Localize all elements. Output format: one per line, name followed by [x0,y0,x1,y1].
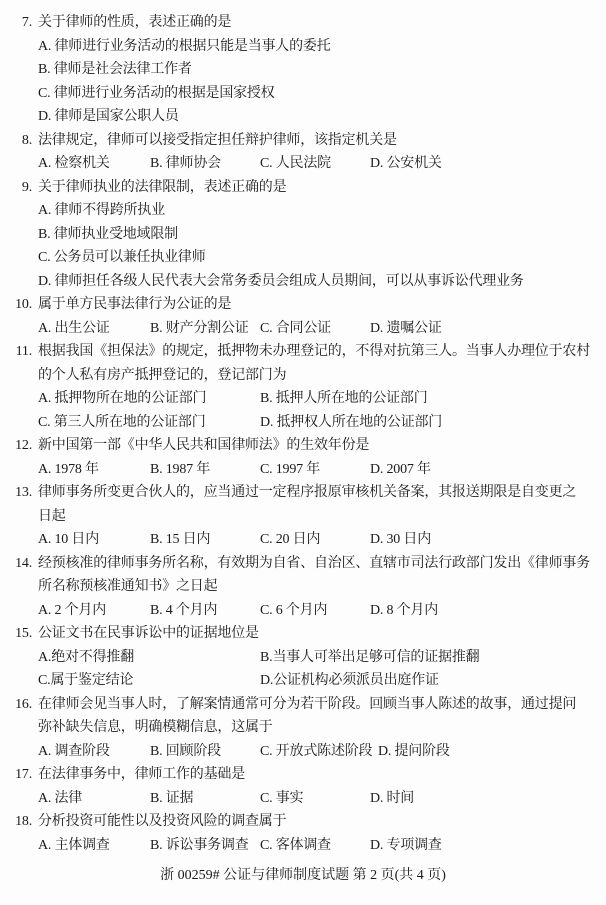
option: C. 第三人所在地的公证部门 [38,411,260,435]
option: B. 证据 [150,787,260,811]
option: C. 1997 年 [260,458,370,482]
option: C.属于鉴定结论 [38,669,260,693]
option: B.当事人可举出足够可信的证据推翻 [260,646,606,670]
option-row: A. 抵押物所在地的公证部门 B. 抵押人所在地的公证部门 [38,387,606,411]
question-16: 16.在律师会见当事人时，了解案情通常可分为若干阶段。回顾当事人陈述的故事，通过… [38,693,606,764]
option: D. 2007 年 [370,458,606,482]
option: A. 2 个月内 [38,599,150,623]
question-text: 属于单方民事法律行为公证的是 [38,297,231,312]
question-number: 8. [0,129,32,153]
option: C. 律师进行业务活动的根据是国家授权 [38,82,606,106]
question-title: 7.关于律师的性质，表述正确的是 [38,11,606,35]
question-14: 14.经预核准的律师事务所名称，有效期为自省、自治区、直辖市司法行政部门发出《律… [38,552,606,623]
question-text-line-2: 的个人私有房产抵押登记的，登记部门为 [38,364,606,388]
option: B. 财产分割公证 [150,317,260,341]
question-text-line-2: 日起 [38,505,606,529]
question-title: 12.新中国第一部《中华人民共和国律师法》的生效年份是 [38,434,606,458]
option-row: C. 第三人所在地的公证部门 D. 抵押权人所在地的公证部门 [38,411,606,435]
option: B. 律师协会 [150,152,260,176]
option: C. 公务员可以兼任执业律师 [38,246,606,270]
option-row: A. 法律 B. 证据 C. 事实 D. 时间 [38,787,606,811]
option: A. 律师不得跨所执业 [38,199,606,223]
question-title: 17.在法律事务中，律师工作的基础是 [38,763,606,787]
question-title: 9.关于律师执业的法律限制，表述正确的是 [38,176,606,200]
option-row: A. 1978 年 B. 1987 年 C. 1997 年 D. 2007 年 [38,458,606,482]
page-footer: 浙 00259# 公证与律师制度试题 第 2 页(共 4 页) [0,864,606,888]
option-row: A. 2 个月内 B. 4 个月内 C. 6 个月内 D. 8 个月内 [38,599,606,623]
option: A. 法律 [38,787,150,811]
question-10: 10.属于单方民事法律行为公证的是 A. 出生公证 B. 财产分割公证 C. 合… [38,293,606,340]
question-text: 分析投资可能性以及投资风险的调查属于 [38,814,286,829]
option: C. 20 日内 [260,528,370,552]
option: B. 4 个月内 [150,599,260,623]
question-9: 9.关于律师执业的法律限制，表述正确的是 A. 律师不得跨所执业 B. 律师执业… [38,176,606,294]
option: A. 10 日内 [38,528,150,552]
question-18: 18.分析投资可能性以及投资风险的调查属于 A. 主体调查 B. 诉讼事务调查 … [38,810,606,857]
question-7: 7.关于律师的性质，表述正确的是 A. 律师进行业务活动的根据只能是当事人的委托… [38,11,606,129]
option: D. 30 日内 [370,528,606,552]
question-text: 公证文书在民事诉讼中的证据地位是 [38,626,259,641]
option: D. 提问阶段 [378,740,606,764]
option: B. 1987 年 [150,458,260,482]
option: B. 律师执业受地域限制 [38,223,606,247]
question-number: 7. [0,11,32,35]
question-title: 10.属于单方民事法律行为公证的是 [38,293,606,317]
option: A. 1978 年 [38,458,150,482]
question-number: 11. [0,340,32,364]
option-row: A. 调查阶段 B. 回顾阶段 C. 开放式陈述阶段 D. 提问阶段 [38,740,606,764]
question-13: 13.律师事务所变更合伙人的，应当通过一定程序报原审核机关备案，其报送期限是自变… [38,481,606,552]
question-title: 18.分析投资可能性以及投资风险的调查属于 [38,810,606,834]
option-row: A. 主体调查 B. 诉讼事务调查 C. 客体调查 D. 专项调查 [38,834,606,858]
question-number: 15. [0,622,32,646]
question-text-line-2: 弥补缺失信息，明确模糊信息，这属于 [38,716,606,740]
question-text: 关于律师执业的法律限制，表述正确的是 [38,180,286,195]
option: C. 合同公证 [260,317,370,341]
option-row: A. 检察机关 B. 律师协会 C. 人民法院 D. 公安机关 [38,152,606,176]
question-text: 法律规定，律师可以接受指定担任辩护律师，该指定机关是 [38,133,397,148]
question-title: 15.公证文书在民事诉讼中的证据地位是 [38,622,606,646]
question-title: 14.经预核准的律师事务所名称，有效期为自省、自治区、直辖市司法行政部门发出《律… [38,552,606,576]
option: D. 律师担任各级人民代表大会常务委员会组成人员期间，可以从事诉讼代理业务 [38,270,606,294]
question-text: 关于律师的性质，表述正确的是 [38,15,231,30]
question-number: 14. [0,552,32,576]
option: C. 开放式陈述阶段 [260,740,378,764]
question-text-line-2: 所名称预核准通知书》之日起 [38,575,606,599]
option: A. 抵押物所在地的公证部门 [38,387,260,411]
option-row: A. 出生公证 B. 财产分割公证 C. 合同公证 D. 遗嘱公证 [38,317,606,341]
option: D. 抵押权人所在地的公证部门 [260,411,606,435]
question-text: 在法律事务中，律师工作的基础是 [38,767,245,782]
option-row: A.绝对不得推翻 B.当事人可举出足够可信的证据推翻 [38,646,606,670]
question-number: 9. [0,176,32,200]
question-title: 11.根据我国《担保法》的规定，抵押物未办理登记的，不得对抗第三人。当事人办理位… [38,340,606,364]
question-15: 15.公证文书在民事诉讼中的证据地位是 A.绝对不得推翻 B.当事人可举出足够可… [38,622,606,693]
question-8: 8.法律规定，律师可以接受指定担任辩护律师，该指定机关是 A. 检察机关 B. … [38,129,606,176]
question-title: 8.法律规定，律师可以接受指定担任辩护律师，该指定机关是 [38,129,606,153]
question-text: 新中国第一部《中华人民共和国律师法》的生效年份是 [38,438,369,453]
exam-page: 7.关于律师的性质，表述正确的是 A. 律师进行业务活动的根据只能是当事人的委托… [0,0,606,905]
option: D. 公安机关 [370,152,606,176]
question-text: 根据我国《担保法》的规定，抵押物未办理登记的，不得对抗第三人。当事人办理位于农村 [38,344,590,359]
option: B. 诉讼事务调查 [150,834,260,858]
question-title: 16.在律师会见当事人时，了解案情通常可分为若干阶段。回顾当事人陈述的故事，通过… [38,693,606,717]
option: D. 遗嘱公证 [370,317,606,341]
option: C. 人民法院 [260,152,370,176]
option: A. 律师进行业务活动的根据只能是当事人的委托 [38,35,606,59]
option: B. 抵押人所在地的公证部门 [260,387,606,411]
option: D. 专项调查 [370,834,606,858]
question-text: 在律师会见当事人时，了解案情通常可分为若干阶段。回顾当事人陈述的故事，通过提问 [38,697,576,712]
option: C. 6 个月内 [260,599,370,623]
option: D.公证机构必须派员出庭作证 [260,669,606,693]
option: A.绝对不得推翻 [38,646,260,670]
option: A. 检察机关 [38,152,150,176]
question-number: 17. [0,763,32,787]
question-number: 13. [0,481,32,505]
question-number: 18. [0,810,32,834]
option: B. 15 日内 [150,528,260,552]
question-number: 10. [0,293,32,317]
option-row: C.属于鉴定结论 D.公证机构必须派员出庭作证 [38,669,606,693]
option: D. 律师是国家公职人员 [38,105,606,129]
question-text: 律师事务所变更合伙人的，应当通过一定程序报原审核机关备案，其报送期限是自变更之 [38,485,576,500]
option: B. 回顾阶段 [150,740,260,764]
question-12: 12.新中国第一部《中华人民共和国律师法》的生效年份是 A. 1978 年 B.… [38,434,606,481]
option: D. 8 个月内 [370,599,606,623]
option: C. 事实 [260,787,370,811]
option: B. 律师是社会法律工作者 [38,58,606,82]
option: D. 时间 [370,787,606,811]
question-11: 11.根据我国《担保法》的规定，抵押物未办理登记的，不得对抗第三人。当事人办理位… [38,340,606,434]
question-number: 12. [0,434,32,458]
question-number: 16. [0,693,32,717]
question-17: 17.在法律事务中，律师工作的基础是 A. 法律 B. 证据 C. 事实 D. … [38,763,606,810]
option: C. 客体调查 [260,834,370,858]
option: A. 主体调查 [38,834,150,858]
option: A. 出生公证 [38,317,150,341]
option-row: A. 10 日内 B. 15 日内 C. 20 日内 D. 30 日内 [38,528,606,552]
question-text: 经预核准的律师事务所名称，有效期为自省、自治区、直辖市司法行政部门发出《律师事务 [38,556,590,571]
question-title: 13.律师事务所变更合伙人的，应当通过一定程序报原审核机关备案，其报送期限是自变… [38,481,606,505]
option: A. 调查阶段 [38,740,150,764]
